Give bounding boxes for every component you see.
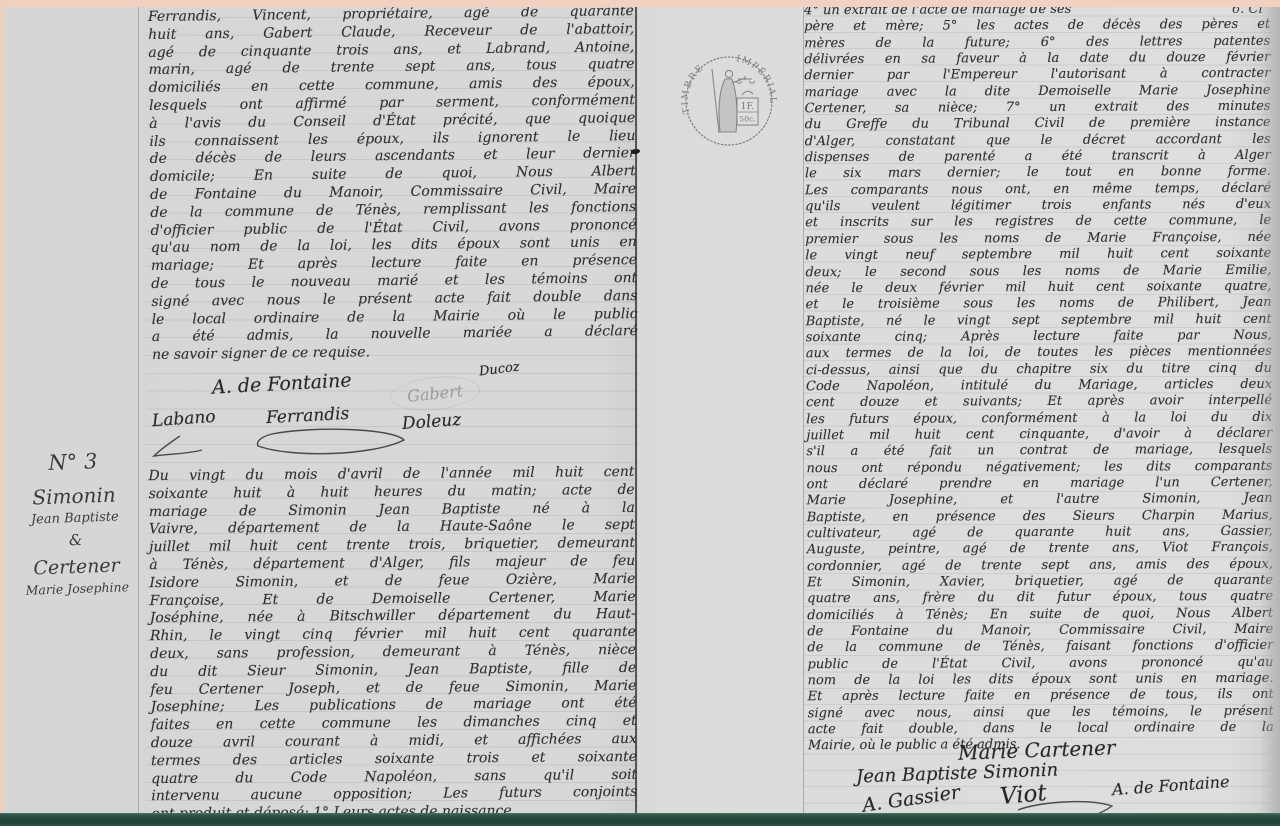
manuscript-line: Marie Josephine, et l'autre Simonin, Jea… [807,491,1273,510]
margin-groom-surname: Simonin [9,482,140,511]
signature-flourish [252,424,412,458]
signature-official-right: A. de Fontaine [1111,772,1230,799]
current-act-text: Du vingt du mois d'avril de l'année mil … [148,464,637,824]
right-page-act-text: 4° un extrait de l'acte de mariage de se… [804,1,1274,755]
margin-bride-surname: Certener [11,554,142,581]
stamp-value-box: 1F. 50c. [737,98,758,125]
stamp-value-bottom: 50c. [739,115,755,124]
signature-official-left: A. de Fontaine [212,369,353,398]
scan-border-bottom [0,813,1280,826]
previous-act-text: Ferrandis, Vincent, propriétaire, agé de… [148,3,638,365]
margin-note: N° 3 Simonin Jean Baptiste & Certener Ma… [7,448,142,598]
timbre-imperial-stamp-icon: TIMBRE IMPÉRIAL 1F. 50c. [681,53,777,149]
margin-groom-given: Jean Baptiste [10,509,140,529]
scan-border-top [0,0,1280,7]
scan-border-left [0,0,4,826]
margin-ampersand: & [10,529,141,552]
manuscript-line: et le troisième sous les noms de Philibe… [806,295,1272,314]
manuscript-line: quatre ans, frère du dit futur époux, to… [807,589,1273,608]
act-number: N° 3 [7,448,138,477]
signature-paraph-flourish [150,434,206,460]
manuscript-line: cent douze et suivants; Et après avoir i… [806,393,1272,412]
manuscript-line: s'il a été fait un contrat de mariage, l… [806,442,1272,461]
manuscript-line: dernier par l'Empereur l'autorisant à co… [804,66,1270,85]
stamp-arc-left-text: TIMBRE [681,63,707,115]
signature-witness-1: Labano [151,407,216,431]
stamp-value-top: 1F. [741,102,755,112]
manuscript-line: aux termes de la loi, de toutes les pièc… [806,344,1272,363]
manuscript-line: le vingt neuf septembre mil huit cent so… [805,246,1271,265]
margin-bride-given: Marie Josephine [12,579,142,599]
registry-scan: N° 3 Simonin Jean Baptiste & Certener Ma… [0,0,1280,826]
page-edge-shadow [1260,0,1280,826]
manuscript-line: père et mère; 5° les actes de décès des … [804,17,1270,36]
left-page-margin-rule [138,0,139,814]
signature-paraph-small: Ducoz [478,360,520,380]
manuscript-line: Auguste, peintre, agé de trente ans, Vio… [807,540,1273,559]
manuscript-line: acte fait double, dans le local ordinair… [808,720,1274,739]
signature-faded: Gabert [389,372,482,414]
